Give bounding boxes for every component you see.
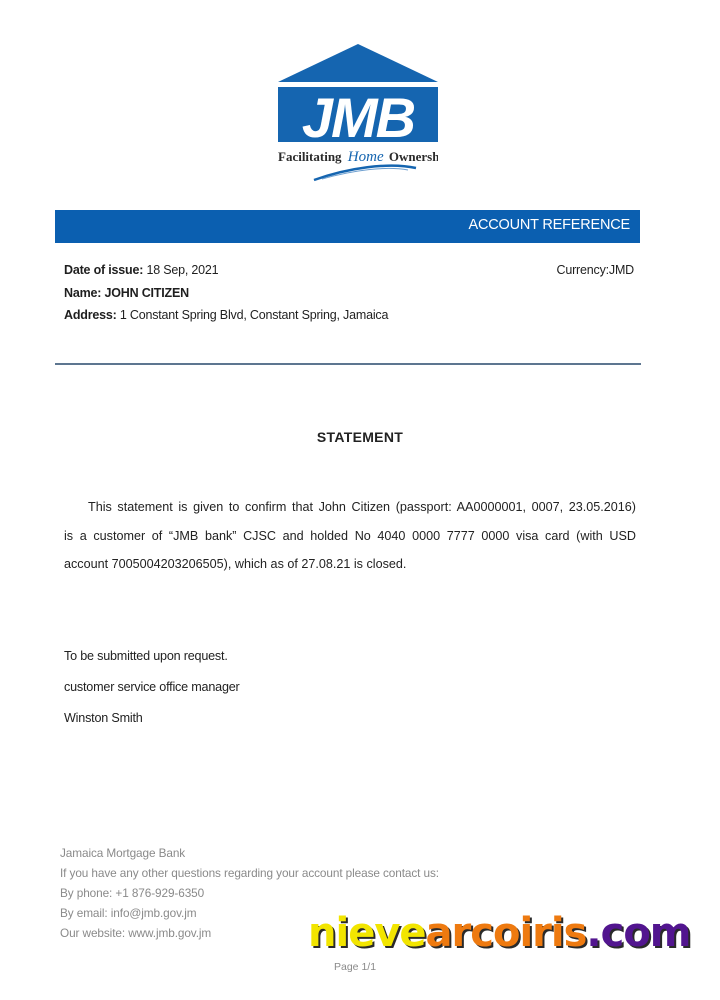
submission-note: To be submitted upon request.	[64, 649, 228, 663]
address-value: 1 Constant Spring Blvd, Constant Spring,…	[120, 308, 388, 322]
date-of-issue: Date of issue: 18 Sep, 2021	[64, 263, 218, 277]
address-label: Address:	[64, 308, 117, 322]
statement-title: STATEMENT	[0, 429, 720, 445]
svg-text:JMB: JMB	[302, 86, 415, 149]
watermark-part-2: arcoiris	[426, 910, 587, 956]
footer-website: Our website: www.jmb.gov.jm	[60, 926, 211, 940]
footer-contact-intro: If you have any other questions regardin…	[60, 866, 439, 880]
currency-value: JMD	[609, 263, 634, 277]
watermark: nievearcoiris.com	[308, 913, 690, 953]
watermark-part-3: .com	[586, 910, 690, 956]
name-value: JOHN CITIZEN	[105, 286, 189, 300]
statement-line-3: account 7005004203206505), which as of 2…	[64, 557, 636, 571]
date-value: 18 Sep, 2021	[146, 263, 218, 277]
statement-line-2: is a customer of “JMB bank” CJSC and hol…	[64, 529, 636, 543]
currency-label: Currency:	[557, 263, 609, 277]
house-logo-icon: JMB Facilitating Home Ownersh	[278, 44, 438, 184]
statement-line-1: This statement is given to confirm that …	[64, 500, 636, 514]
account-reference-bar: ACCOUNT REFERENCE	[55, 210, 640, 243]
signer-title: customer service office manager	[64, 680, 240, 694]
svg-text:Facilitating Home: Facilitating Home Ownersh	[278, 149, 438, 165]
date-label: Date of issue:	[64, 263, 143, 277]
footer-bank-name: Jamaica Mortgage Bank	[60, 846, 185, 860]
section-divider	[55, 363, 641, 365]
jmb-logo: JMB Facilitating Home Ownersh	[278, 44, 438, 184]
account-reference-title: ACCOUNT REFERENCE	[469, 217, 631, 233]
footer-email: By email: info@jmb.gov.jm	[60, 906, 196, 920]
customer-name: Name: JOHN CITIZEN	[64, 286, 189, 300]
watermark-part-1: nieve	[308, 910, 426, 956]
signer-name: Winston Smith	[64, 711, 143, 725]
customer-address: Address: 1 Constant Spring Blvd, Constan…	[64, 308, 388, 322]
footer-phone: By phone: +1 876-929-6350	[60, 886, 204, 900]
page-number: Page 1/1	[334, 961, 376, 973]
currency: Currency:JMD	[557, 263, 634, 277]
name-label: Name:	[64, 286, 101, 300]
